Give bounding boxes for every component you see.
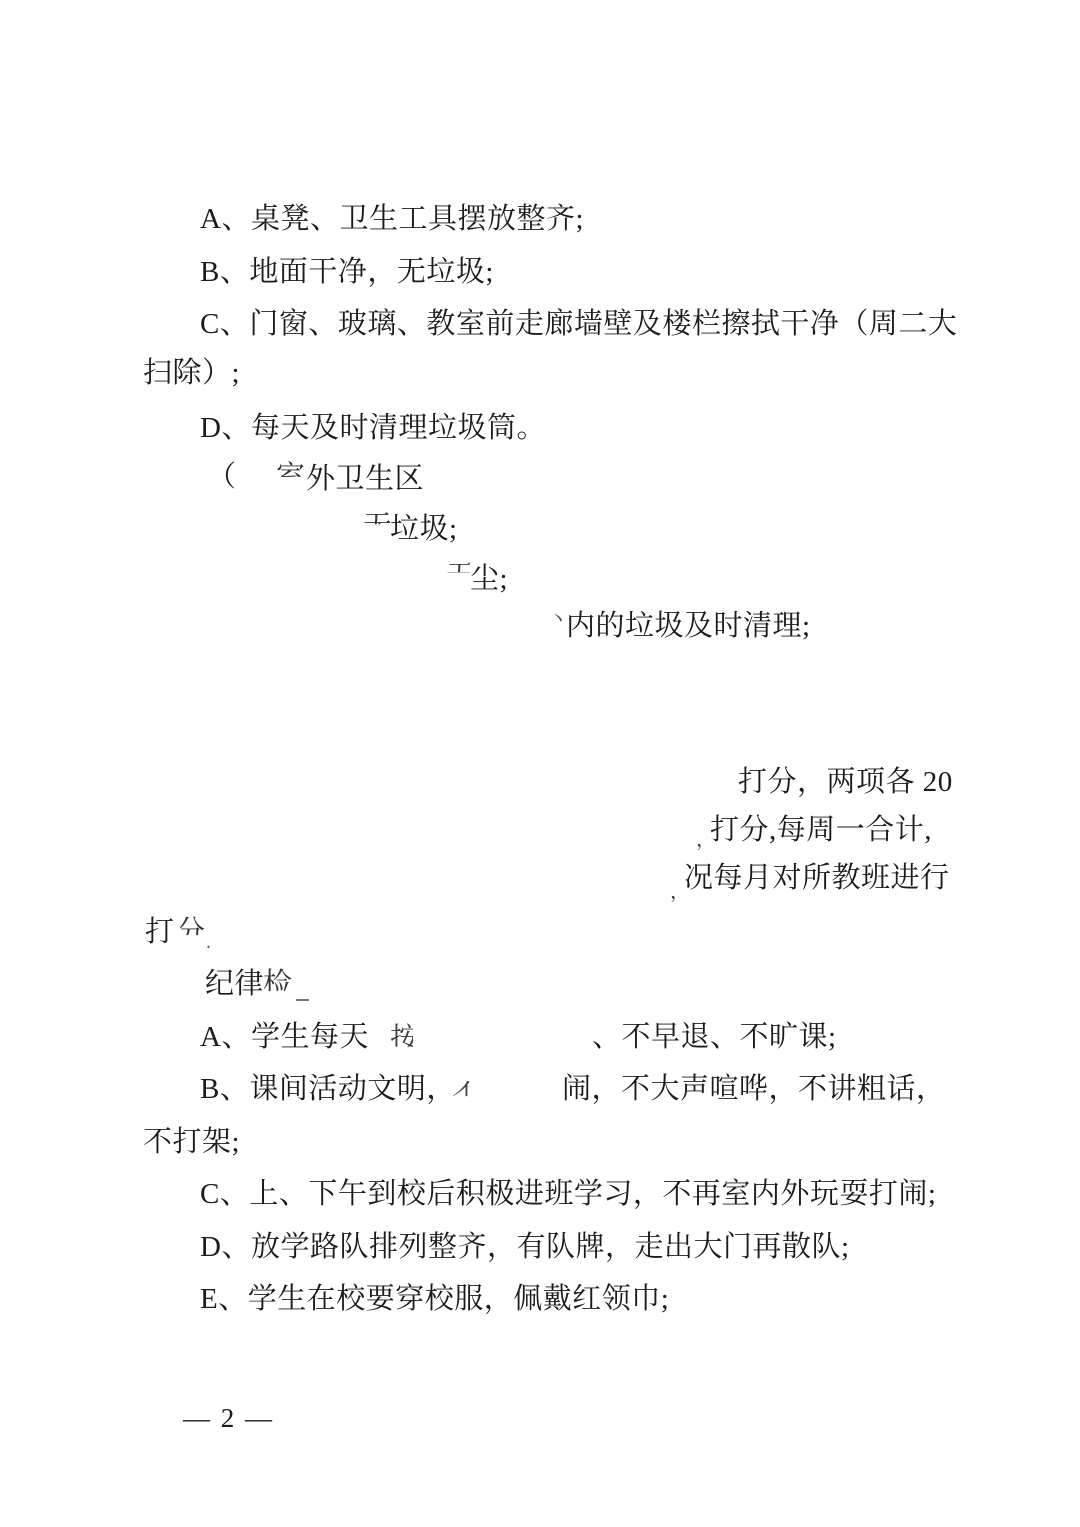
scanned-document-page: A、桌凳、卫生工具摆放整齐; B、地面干净，无垃圾; C、门窗、玻璃、教室前走廊… — [0, 0, 1080, 1527]
discipline-item-d: D、放学路队排列整齐，有队牌，走出大门再散队; — [200, 1231, 850, 1264]
discipline-item-a-tail: 、不早退、不旷课; — [592, 1021, 837, 1054]
hygiene-item-c-line1: C、门窗、玻璃、教室前走廊墙壁及楼栏擦拭干净（周二大 — [200, 308, 957, 341]
outdoor-line-cleanup: 内的垃圾及时清理; — [566, 610, 811, 643]
outdoor-partial-char-wu1: 无 — [363, 511, 393, 544]
outdoor-open-paren: （ — [207, 461, 237, 494]
discipline-item-c: C、上、下午到校后积极进班学习，不再室内外玩耍打闹; — [200, 1178, 936, 1211]
hygiene-item-b: B、地面干净，无垃圾; — [200, 256, 494, 289]
outdoor-line-dust: 尘; — [470, 563, 508, 596]
discipline-item-b-head: B、课间活动文明， — [200, 1073, 456, 1106]
discipline-item-a-head: A、学生每天 — [200, 1021, 369, 1054]
hygiene-item-c-line2: 扫除）; — [143, 357, 240, 390]
scoring-line-4-da: 打 — [145, 916, 175, 949]
hygiene-item-d: D、每天及时清理垃圾筒。 — [200, 412, 546, 445]
discipline-item-a-partial-an: 按 — [390, 1023, 420, 1056]
discipline-item-b-tail: 闹，不大声喧哗，不讲粗话， — [562, 1073, 946, 1106]
discipline-item-b-line2: 不打架; — [143, 1126, 240, 1159]
outdoor-partial-char-room: 室 — [276, 461, 306, 494]
scoring-line-4-dot: . — [206, 926, 212, 959]
page-number: — 2 — — [183, 1402, 274, 1435]
scoring-line-3: 况每月对所教班进行 — [684, 862, 950, 895]
stroke-artifact-dash — [296, 999, 309, 1001]
scoring-line-2: 打分,每周一合计, — [710, 814, 932, 847]
scoring-line-1: 打分，两项各 20 — [738, 766, 953, 799]
outdoor-heading-tail: 外卫生区 — [306, 463, 424, 496]
discipline-heading-head: 纪律 — [205, 968, 264, 1001]
discipline-item-e: E、学生在校要穿校服，佩戴红领巾; — [200, 1283, 669, 1316]
outdoor-line-garbage: 垃圾; — [390, 513, 458, 546]
discipline-item-b-partial-bu: 不 — [452, 1077, 482, 1110]
discipline-heading-partial-jian: 检 — [263, 968, 293, 1001]
hygiene-item-a: A、桌凳、卫生工具摆放整齐; — [200, 203, 584, 236]
scoring-line-4-partial-fen: 分 — [176, 916, 206, 949]
